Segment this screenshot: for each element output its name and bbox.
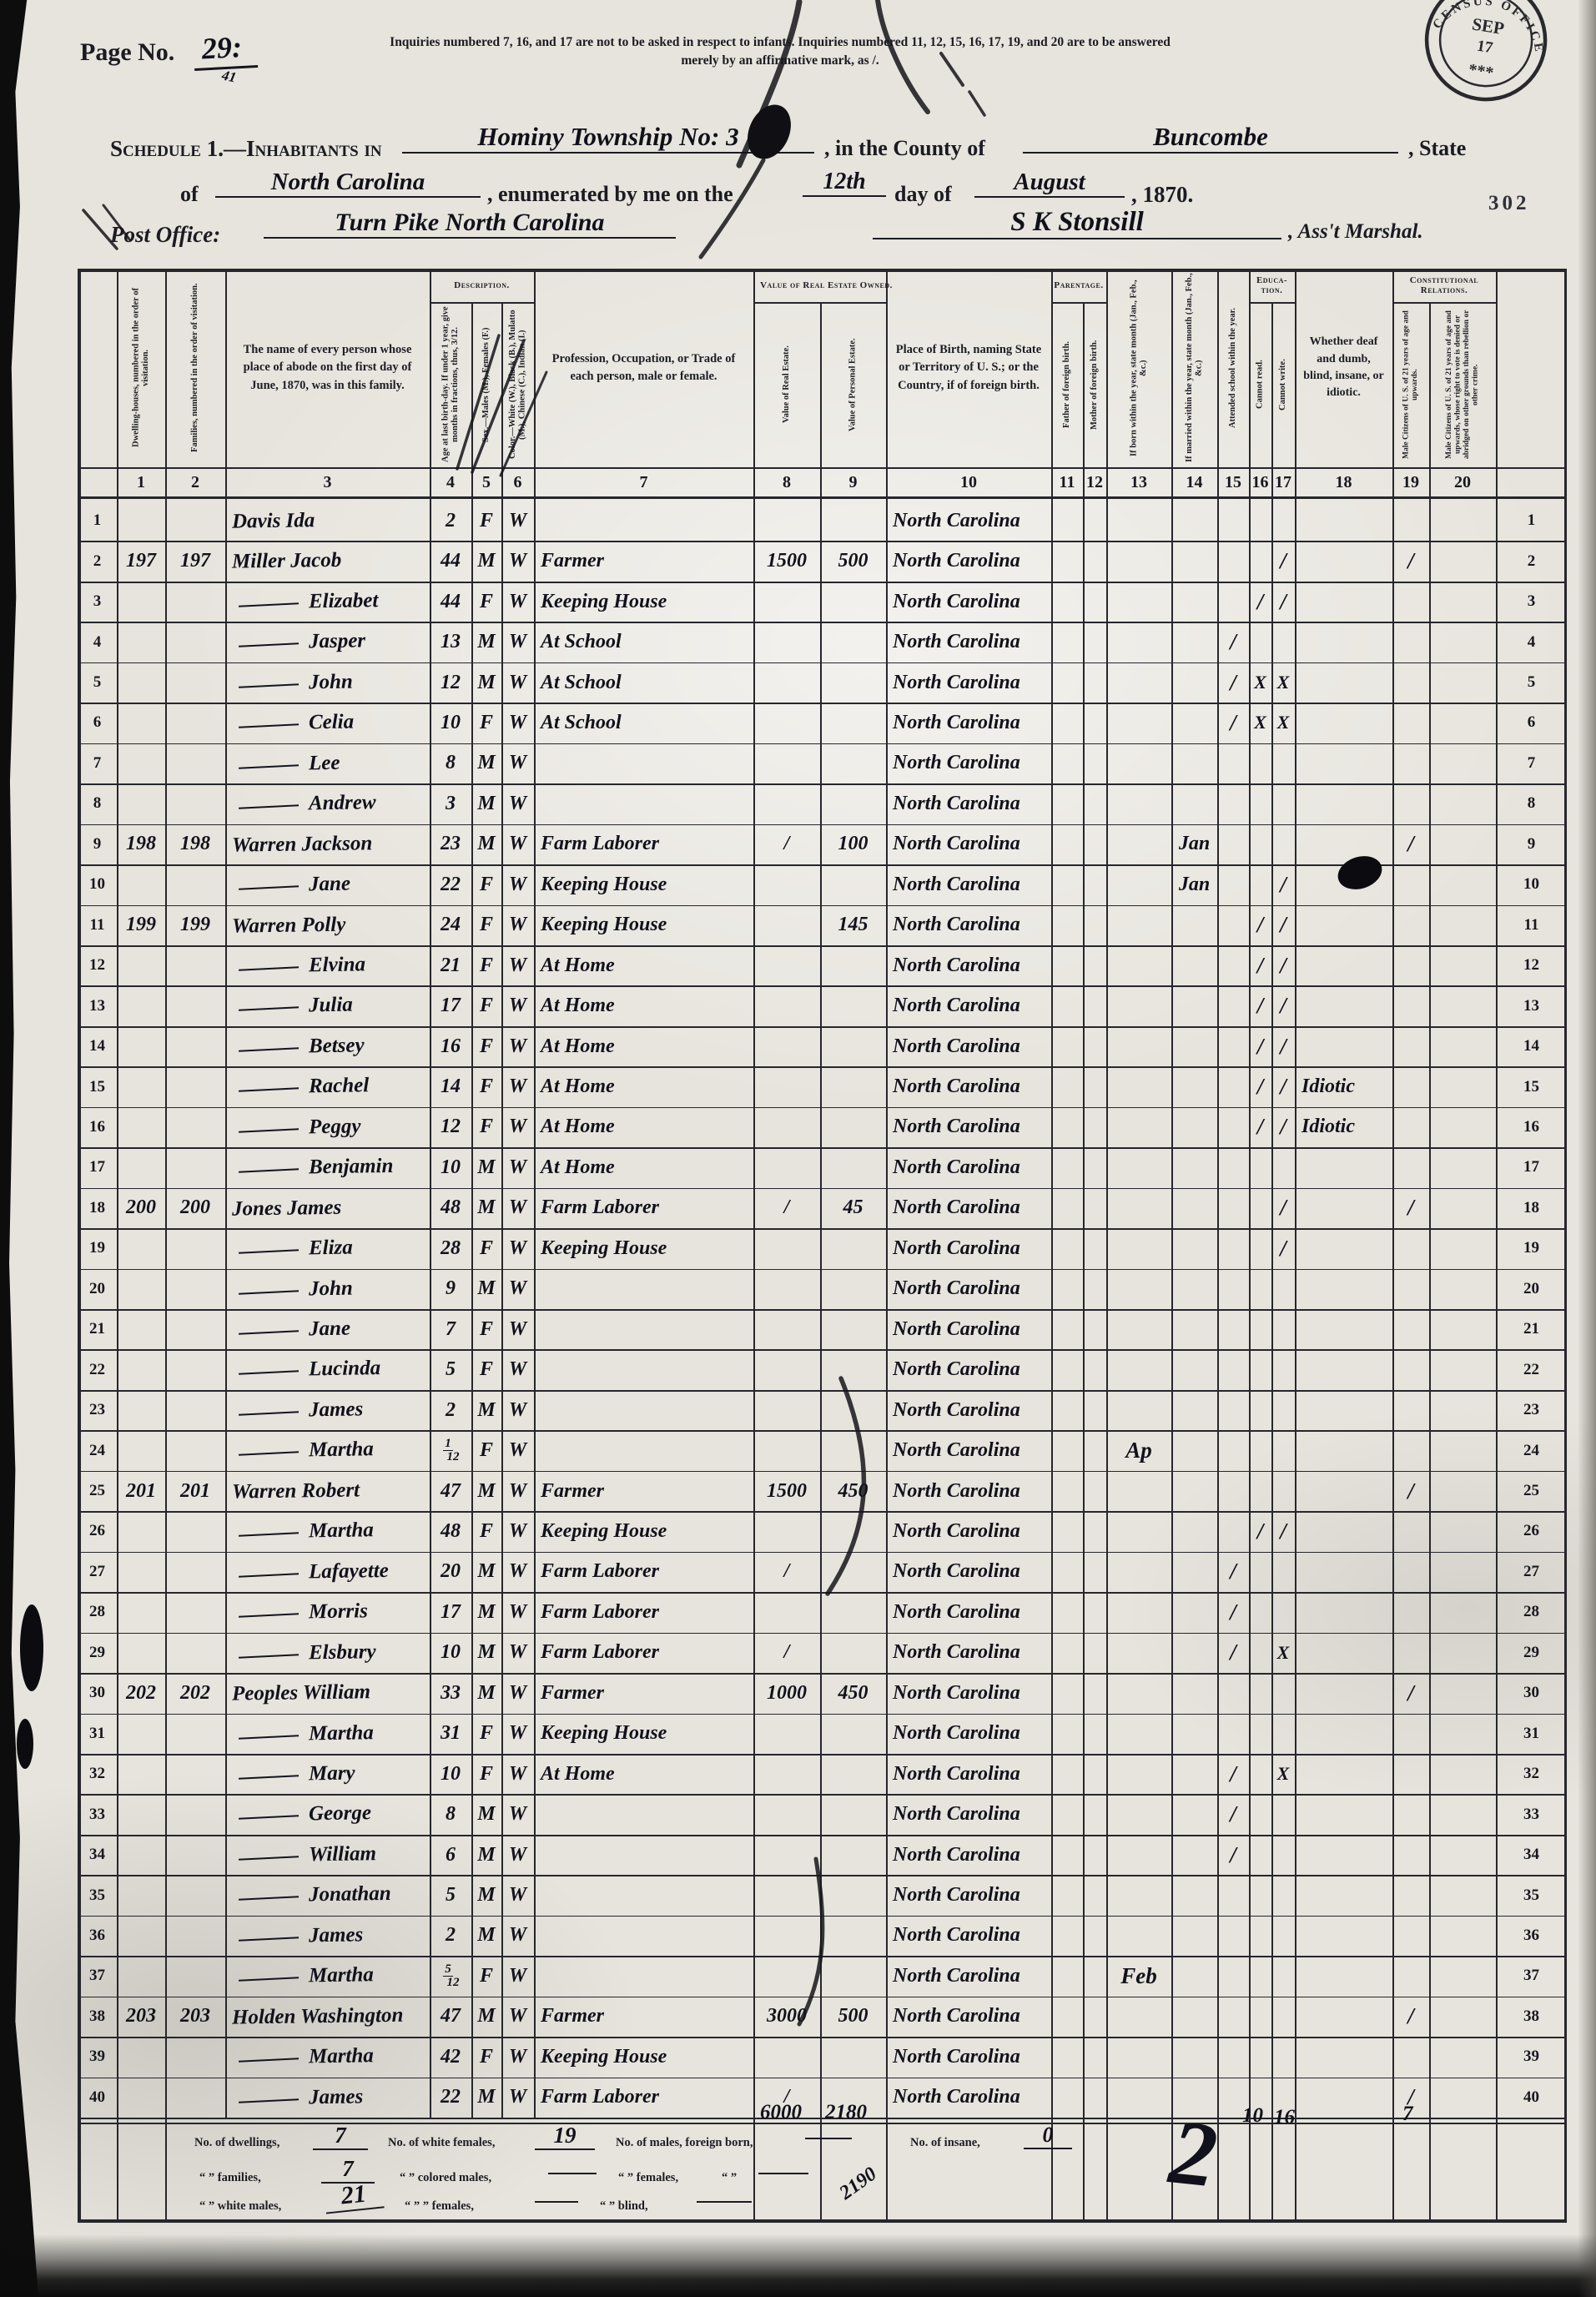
cell-fam: 202 <box>165 1673 225 1713</box>
column-number: 9 <box>820 469 886 496</box>
cell-m17: / <box>1271 541 1295 581</box>
column-number: 13 <box>1106 469 1171 496</box>
cell-age: 22 <box>430 864 471 904</box>
cell-m17: X <box>1271 1633 1295 1673</box>
cell-occ: At Home <box>534 1026 753 1066</box>
row-number-right: 22 <box>1496 1349 1567 1389</box>
cell-m13: Ap <box>1106 1430 1171 1470</box>
cell-age: 12 <box>430 1107 471 1147</box>
cell-occ: At Home <box>534 985 753 1025</box>
cell-occ: Farmer <box>534 1997 753 2037</box>
of-label: of <box>180 182 199 207</box>
cell-sex: M <box>471 1269 501 1309</box>
row-number-right: 20 <box>1496 1269 1567 1309</box>
cell-name: Lee <box>225 742 430 785</box>
cell-age: 17 <box>430 985 471 1025</box>
cell-sex: F <box>471 1956 501 1996</box>
cell-age: 2 <box>430 1390 471 1430</box>
cell-bp: North Carolina <box>886 501 1051 541</box>
cell-age: 24 <box>430 905 471 945</box>
row-number-left: 20 <box>78 1269 117 1309</box>
ditto-dash <box>239 1614 299 1619</box>
cell-sex: M <box>471 824 501 864</box>
cell-fam: 200 <box>165 1188 225 1228</box>
instruction-line-2: merely by an affirmative mark, as /. <box>267 52 1293 70</box>
cell-occ: Farm Laborer <box>534 1188 753 1228</box>
cell-sex: F <box>471 905 501 945</box>
total-personal-estate: 2180 <box>825 2101 867 2124</box>
cell-name: Miller Jacob <box>225 540 430 583</box>
ditto-dash <box>239 805 299 810</box>
column-number: 11 <box>1051 469 1083 496</box>
cell-m17: / <box>1271 582 1295 622</box>
row-number-left: 31 <box>78 1714 117 1754</box>
cell-sex: F <box>471 1349 501 1389</box>
row-number-left: 9 <box>78 824 117 864</box>
footer-big-mark: 2 <box>1166 2110 1221 2197</box>
cell-dw: 202 <box>117 1673 165 1713</box>
cell-m17: / <box>1271 1026 1295 1066</box>
cell-clr: W <box>501 541 534 581</box>
cell-bp: North Carolina <box>886 1511 1051 1551</box>
cell-occ: At Home <box>534 1754 753 1794</box>
cell-name: Davis Ida <box>225 499 430 542</box>
person-name: Mary <box>309 1762 355 1786</box>
page-stamp-number: 302 <box>1488 192 1530 215</box>
cell-bp: North Carolina <box>886 1997 1051 2037</box>
ditto-dash <box>239 1533 299 1538</box>
cell-clr: W <box>501 703 534 743</box>
row-number-left: 17 <box>78 1147 117 1187</box>
grid-line <box>1171 269 1173 2223</box>
age-fraction: 512 <box>443 1963 459 1989</box>
grid-line <box>1249 269 1251 2223</box>
person-name: Warren Jackson <box>232 832 373 857</box>
cell-m16: / <box>1249 905 1271 945</box>
cell-occ: Farmer <box>534 541 753 581</box>
cell-name: William <box>225 1833 430 1876</box>
cell-m17: X <box>1271 703 1295 743</box>
cell-m17: / <box>1271 985 1295 1025</box>
person-name: Martha <box>309 1519 374 1544</box>
footer-dwellings-label: No. of dwellings, <box>194 2136 279 2150</box>
cell-m19: / <box>1392 1673 1429 1713</box>
cell-clr: W <box>501 1916 534 1956</box>
ditto-dash <box>239 1169 299 1174</box>
person-name: James <box>309 1923 364 1947</box>
cell-clr: W <box>501 1471 534 1511</box>
cell-fam: 201 <box>165 1471 225 1511</box>
footer-colored-males-label: “ ” colored males, <box>400 2171 491 2185</box>
grid-line <box>1051 269 1053 2223</box>
cell-m16: / <box>1249 1066 1271 1106</box>
row-number-right: 21 <box>1496 1309 1567 1349</box>
cell-fam: 199 <box>165 905 225 945</box>
ditto-dash <box>239 1897 299 1902</box>
cell-bp: North Carolina <box>886 1147 1051 1187</box>
person-name: William <box>309 1842 376 1866</box>
row-number-right: 9 <box>1496 824 1567 864</box>
cell-name: John <box>225 661 430 704</box>
page-no-label: Page No. <box>80 38 174 67</box>
cell-age: 44 <box>430 541 471 581</box>
row-number-right: 16 <box>1496 1107 1567 1147</box>
census-office-stamp: CENSUS OFFICE SEP 17 *** <box>1397 0 1573 131</box>
cell-name: Mary <box>225 1752 430 1796</box>
footer-insane-label: No. of insane, <box>910 2136 980 2150</box>
cell-bp: North Carolina <box>886 1269 1051 1309</box>
row-number-right: 4 <box>1496 622 1567 662</box>
row-number-left: 8 <box>78 783 117 824</box>
year-label: , 1870. <box>1131 182 1193 208</box>
cell-clr: W <box>501 824 534 864</box>
cell-re: / <box>753 824 820 864</box>
cell-name: Jasper <box>225 621 430 664</box>
row-number-right: 28 <box>1496 1592 1567 1632</box>
cell-sex: M <box>471 743 501 783</box>
cell-m17: / <box>1271 905 1295 945</box>
row-number-left: 40 <box>78 2078 117 2118</box>
grid-line <box>78 269 1567 272</box>
footer-females2-label: “ ” ” females, <box>405 2199 474 2214</box>
footer-families-label: “ ” families, <box>199 2171 261 2185</box>
column-number: 5 <box>471 469 501 496</box>
person-name: Warren Robert <box>232 1478 360 1504</box>
township-value: Hominy Township No: 3 <box>477 122 738 151</box>
person-name: Martha <box>309 1438 374 1463</box>
person-name: Jane <box>309 1317 350 1342</box>
row-number-right: 23 <box>1496 1390 1567 1430</box>
cell-name: Jonathan <box>225 1874 430 1917</box>
cell-m15: / <box>1217 1794 1249 1834</box>
grid-line <box>430 302 534 304</box>
cell-sex: M <box>471 1147 501 1187</box>
form-instructions: Inquiries numbered 7, 16, and 17 are not… <box>267 33 1293 71</box>
ditto-dash <box>239 1290 299 1295</box>
column-number: 1 <box>117 469 165 496</box>
cell-m16: / <box>1249 1026 1271 1066</box>
cell-name: James <box>225 1388 430 1432</box>
cell-age: 47 <box>430 1471 471 1511</box>
total-real-estate: 6000 <box>760 2101 802 2124</box>
ink-stroke-top-4 <box>969 92 984 115</box>
person-name: Rachel <box>309 1075 370 1099</box>
grid-line <box>1106 269 1108 2223</box>
ditto-dash <box>239 683 299 688</box>
row-number-right: 40 <box>1496 2078 1567 2118</box>
cell-sex: M <box>471 1633 501 1673</box>
person-name: Davis Ida <box>232 509 315 533</box>
footer-dwellings-value: 7 <box>313 2123 368 2150</box>
col-header-real-estate: Value of Real Estate. <box>753 302 820 467</box>
cell-bp: North Carolina <box>886 1592 1051 1632</box>
cell-clr: W <box>501 783 534 824</box>
cell-clr: W <box>501 1633 534 1673</box>
cell-m17: / <box>1271 1188 1295 1228</box>
cell-occ: At School <box>534 662 753 703</box>
cell-name: Eliza <box>225 1227 430 1270</box>
row-number-left: 5 <box>78 662 117 703</box>
cell-dw: 200 <box>117 1188 165 1228</box>
cell-pe: 450 <box>820 1673 886 1713</box>
ditto-dash <box>239 966 299 971</box>
col-header-families: Families, numbered in the order of visit… <box>165 269 225 467</box>
cell-m17: / <box>1271 864 1295 904</box>
cell-name: Martha <box>225 1712 430 1755</box>
cell-age: 5 <box>430 1875 471 1915</box>
col-header-father-foreign: Father of foreign birth. <box>1051 302 1083 467</box>
cell-bp: North Carolina <box>886 1633 1051 1673</box>
cell-fam: 198 <box>165 824 225 864</box>
person-name: Warren Polly <box>232 913 346 938</box>
cell-sex: M <box>471 1188 501 1228</box>
row-number-right: 34 <box>1496 1835 1567 1875</box>
cell-m15: / <box>1217 1633 1249 1673</box>
ditto-dash <box>239 1937 299 1942</box>
row-number-left: 21 <box>78 1309 117 1349</box>
cell-age: 48 <box>430 1511 471 1551</box>
cell-m14: Jan <box>1171 824 1217 864</box>
cell-name: Celia <box>225 702 430 745</box>
cell-sex: F <box>471 864 501 904</box>
cell-sex: M <box>471 1552 501 1592</box>
cell-occ: At Home <box>534 945 753 985</box>
col-header-mother-foreign: Mother of foreign birth. <box>1083 302 1106 467</box>
cell-re: / <box>753 1633 820 1673</box>
ditto-dash <box>239 1816 299 1821</box>
row-number-right: 15 <box>1496 1066 1567 1106</box>
total-cannot-write: 16 <box>1274 2106 1295 2129</box>
cell-name: George <box>225 1793 430 1836</box>
cell-sex: M <box>471 541 501 581</box>
cell-sex: F <box>471 1228 501 1268</box>
stamp-month: SEP <box>1471 13 1506 38</box>
cell-occ: Farm Laborer <box>534 2078 753 2118</box>
cell-sex: F <box>471 1511 501 1551</box>
cell-occ: Farm Laborer <box>534 1592 753 1632</box>
cell-age: 16 <box>430 1026 471 1066</box>
cell-sex: F <box>471 582 501 622</box>
row-number-right: 37 <box>1496 1956 1567 1996</box>
cell-sex: F <box>471 1430 501 1470</box>
cell-age: 3 <box>430 783 471 824</box>
cell-name: Andrew <box>225 782 430 825</box>
cell-sex: M <box>471 1673 501 1713</box>
cell-name: Martha <box>225 1510 430 1554</box>
cell-age: 48 <box>430 1188 471 1228</box>
cell-m15: / <box>1217 662 1249 703</box>
ditto-dash <box>239 885 299 890</box>
census-table: Description. Value of Real Estate Owned.… <box>78 269 1567 2223</box>
total-male-citizens: 7 <box>1402 2103 1413 2126</box>
cell-sex: F <box>471 1107 501 1147</box>
cell-clr: W <box>501 1997 534 2037</box>
grid-line <box>1295 269 1296 2223</box>
row-number-right: 39 <box>1496 2037 1567 2077</box>
row-number-left: 14 <box>78 1026 117 1066</box>
cell-name: Elvina <box>225 944 430 987</box>
ditto-dash <box>239 602 299 607</box>
cell-age: 44 <box>430 582 471 622</box>
cell-clr: W <box>501 1552 534 1592</box>
cell-bp: North Carolina <box>886 1188 1051 1228</box>
cell-clr: W <box>501 2037 534 2077</box>
person-name: Eliza <box>309 1237 353 1261</box>
grid-line <box>1217 269 1219 2223</box>
cell-sex: M <box>471 1916 501 1956</box>
person-name: Lafayette <box>309 1559 389 1584</box>
col-header-personal-estate: Value of Personal Estate. <box>820 302 886 467</box>
cell-m18: Idiotic <box>1295 1107 1392 1147</box>
cell-occ: Keeping House <box>534 1228 753 1268</box>
row-number-right: 24 <box>1496 1430 1567 1470</box>
column-number: 15 <box>1217 469 1249 496</box>
cell-age: 13 <box>430 622 471 662</box>
cell-bp: North Carolina <box>886 1835 1051 1875</box>
row-number-right: 18 <box>1496 1188 1567 1228</box>
grid-line <box>1083 302 1085 2223</box>
grid-line <box>1249 302 1295 304</box>
column-number: 10 <box>886 469 1051 496</box>
cell-name: Warren Robert <box>225 1469 430 1513</box>
footer-females-label: “ ” females, <box>618 2171 678 2185</box>
cell-sex: F <box>471 1066 501 1106</box>
person-name: Jasper <box>309 630 365 654</box>
row-number-left: 35 <box>78 1875 117 1915</box>
ditto-dash <box>239 1047 299 1052</box>
cell-bp: North Carolina <box>886 1430 1051 1470</box>
cell-bp: North Carolina <box>886 582 1051 622</box>
cell-occ: Keeping House <box>534 1714 753 1754</box>
person-name: Betsey <box>309 1034 365 1058</box>
col-header-name: The name of every person whose place of … <box>225 269 430 467</box>
cell-name: Lucinda <box>225 1348 430 1392</box>
person-name: George <box>309 1802 371 1826</box>
cell-clr: W <box>501 1794 534 1834</box>
col-header-born-month: If born within the year, state month (Ja… <box>1106 269 1171 467</box>
cell-name: Benjamin <box>225 1146 430 1189</box>
day-of-label: day of <box>894 182 952 207</box>
cell-sex: F <box>471 985 501 1025</box>
cell-m16: / <box>1249 1511 1271 1551</box>
cell-sex: M <box>471 1835 501 1875</box>
cell-age: 8 <box>430 743 471 783</box>
cell-m16: X <box>1249 703 1271 743</box>
cell-bp: North Carolina <box>886 1309 1051 1349</box>
row-number-left: 11 <box>78 905 117 945</box>
film-blotch-1 <box>20 1604 43 1691</box>
group-real-estate: Value of Real Estate Owned. <box>753 269 899 302</box>
cell-bp: North Carolina <box>886 864 1051 904</box>
cell-name: Jones James <box>225 1186 430 1230</box>
ditto-dash <box>239 1088 299 1093</box>
cell-age: 7 <box>430 1309 471 1349</box>
cell-m17: / <box>1271 1107 1295 1147</box>
cell-clr: W <box>501 1956 534 1996</box>
row-number-left: 13 <box>78 985 117 1025</box>
cell-bp: North Carolina <box>886 1956 1051 1996</box>
cell-name: Elsbury <box>225 1631 430 1675</box>
row-number-right: 27 <box>1496 1552 1567 1592</box>
cell-m15: / <box>1217 1592 1249 1632</box>
ditto-dash <box>239 1775 299 1780</box>
column-number: 6 <box>501 469 534 496</box>
cell-pe: 450 <box>820 1471 886 1511</box>
cell-pe: 500 <box>820 541 886 581</box>
row-number-left: 34 <box>78 1835 117 1875</box>
cell-re: 3000 <box>753 1997 820 2037</box>
cell-bp: North Carolina <box>886 1349 1051 1389</box>
footer-white-males-value: 21 <box>323 2178 384 2214</box>
row-number-left: 10 <box>78 864 117 904</box>
cell-m18: Idiotic <box>1295 1066 1392 1106</box>
group-education: Educa-tion. <box>1249 269 1295 302</box>
person-name: Peggy <box>309 1115 361 1139</box>
cell-clr: W <box>501 1228 534 1268</box>
cell-age: 10 <box>430 1147 471 1187</box>
cell-sex: F <box>471 1026 501 1066</box>
cell-bp: North Carolina <box>886 1066 1051 1106</box>
cell-re: / <box>753 1552 820 1592</box>
stamp-day: 17 <box>1476 38 1495 58</box>
cell-re: 1500 <box>753 541 820 581</box>
cell-age: 21 <box>430 945 471 985</box>
row-number-left: 39 <box>78 2037 117 2077</box>
state-value: North Carolina <box>271 169 425 195</box>
cell-bp: North Carolina <box>886 1794 1051 1834</box>
row-number-left: 18 <box>78 1188 117 1228</box>
ditto-dash <box>239 1654 299 1659</box>
column-number: 7 <box>534 469 753 496</box>
row-number-left: 38 <box>78 1997 117 2037</box>
cell-clr: W <box>501 1147 534 1187</box>
col-header-dwellings: Dwelling-houses, numbered in the order o… <box>117 269 165 467</box>
cell-bp: North Carolina <box>886 824 1051 864</box>
person-name: Lucinda <box>309 1358 381 1382</box>
enumerated-label: , enumerated by me on the <box>487 182 733 207</box>
cell-age: 47 <box>430 1997 471 2037</box>
cell-name: Warren Polly <box>225 904 430 947</box>
film-edge-right <box>1578 0 1596 2297</box>
person-name: Elvina <box>309 954 365 978</box>
row-number-left: 29 <box>78 1633 117 1673</box>
person-name: Holden Washington <box>232 2004 404 2030</box>
cell-name: James <box>225 1914 430 1957</box>
cell-bp: North Carolina <box>886 1916 1051 1956</box>
row-number-right: 35 <box>1496 1875 1567 1915</box>
cell-name: Martha <box>225 2035 430 2078</box>
cell-occ: At School <box>534 622 753 662</box>
cell-bp: North Carolina <box>886 1875 1051 1915</box>
cell-name: Peoples William <box>225 1671 430 1715</box>
column-number: 8 <box>753 469 820 496</box>
row-number-left: 26 <box>78 1511 117 1551</box>
ink-stroke-top-5 <box>701 160 763 257</box>
col-header-age: Age at last birth-day. If under 1 year, … <box>430 302 471 467</box>
cell-name: Martha <box>225 1429 430 1473</box>
cell-m15: / <box>1217 703 1249 743</box>
footer-ditto-label: “ ” <box>722 2171 737 2185</box>
cell-m17: X <box>1271 1754 1295 1794</box>
row-number-right: 38 <box>1496 1997 1567 2037</box>
cell-occ: At Home <box>534 1066 753 1106</box>
cell-name: Lafayette <box>225 1550 430 1594</box>
ditto-dash <box>239 1573 299 1578</box>
cell-re: / <box>753 1188 820 1228</box>
cell-re: 1500 <box>753 1471 820 1511</box>
cell-name: John <box>225 1267 430 1311</box>
cell-bp: North Carolina <box>886 1107 1051 1147</box>
